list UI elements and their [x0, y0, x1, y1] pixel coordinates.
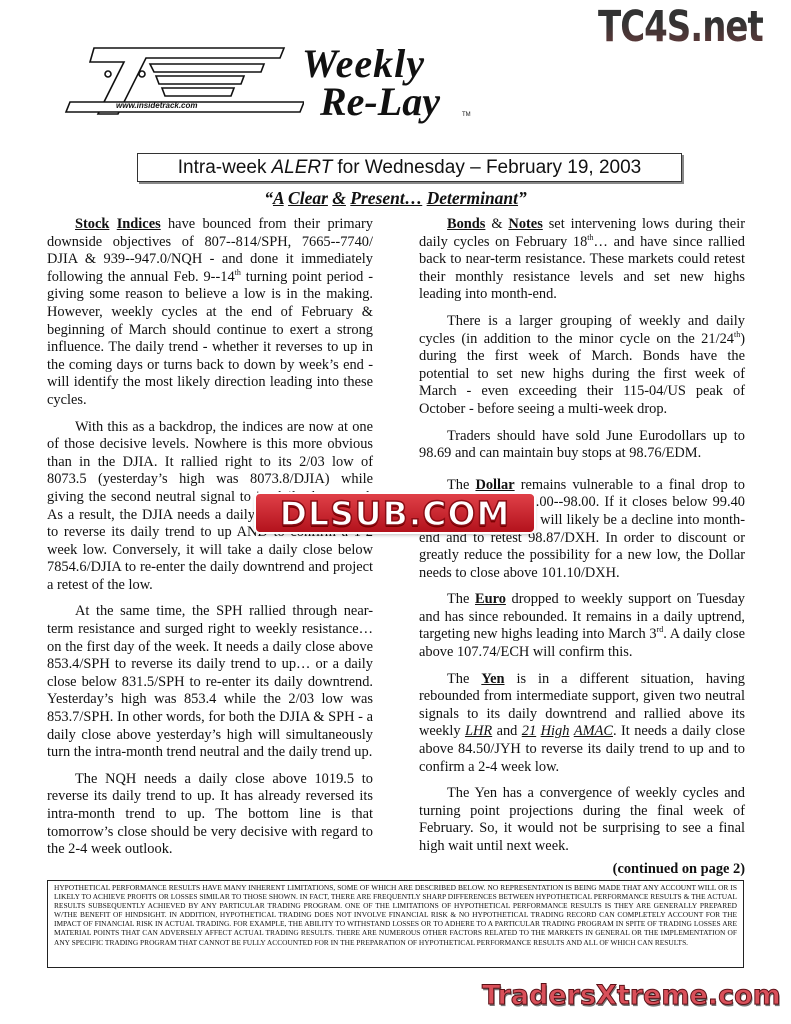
keyword-euro: Euro [475, 591, 506, 607]
alert-date: for Wednesday – February 19, 2003 [337, 157, 641, 179]
logo-url: www.insidetrack.com [116, 101, 198, 110]
euro-paragraph: The Euro dropped to weekly support on Tu… [419, 591, 745, 661]
masthead-logo: www.insidetrack.com Weekly Re-Lay TM [64, 44, 484, 122]
dlsub-watermark: DLSUB.COM [256, 494, 534, 532]
trademark: TM [462, 112, 471, 118]
cycles-paragraph: There is a larger grouping of weekly and… [419, 313, 745, 419]
headline-word: Determinant [427, 188, 518, 208]
keyword-dollar: Dollar [475, 477, 514, 493]
headline: “A Clear & Present… Determinant” [0, 188, 791, 209]
tradersxtreme-watermark: TradersXtreme.com [482, 980, 781, 1011]
keyword-stock: Stock [75, 216, 109, 232]
yen-convergence-paragraph: The Yen has a convergence of weekly cycl… [419, 785, 745, 855]
keyword-notes: Notes [508, 216, 542, 232]
headline-word: A [273, 188, 284, 208]
nqh-paragraph: The NQH needs a daily close above 1019.5… [47, 771, 373, 859]
stock-indices-paragraph: Stock Indices have bounced from their pr… [47, 216, 373, 410]
disclaimer-box: Hypothetical performance results have ma… [47, 880, 744, 968]
headline-word: Clear [288, 188, 328, 208]
close-quote: ” [518, 188, 527, 208]
yen-paragraph: The Yen is in a different situation, hav… [419, 671, 745, 777]
bonds-paragraph: Bonds & Notes set intervening lows durin… [419, 216, 745, 304]
open-quote: “ [264, 188, 273, 208]
alert-word: ALERT [271, 157, 332, 179]
keyword-yen: Yen [481, 671, 504, 687]
itc-logo-icon [64, 44, 304, 122]
right-column: Bonds & Notes set intervening lows durin… [419, 216, 745, 887]
headline-word: Present… [350, 188, 422, 208]
continued-note: (continued on page 2) [419, 861, 745, 879]
title-relay: Re-Lay [320, 78, 440, 125]
left-column: Stock Indices have bounced from their pr… [47, 216, 373, 868]
keyword-bonds: Bonds [447, 216, 485, 232]
alert-banner: Intra-week ALERT for Wednesday – Februar… [137, 153, 682, 182]
eurodollars-paragraph: Traders should have sold June Eurodollar… [419, 428, 745, 463]
alert-prefix: Intra-week [178, 157, 267, 179]
headline-word: & [332, 188, 346, 208]
tc4s-watermark: TC4S.net [598, 2, 763, 52]
sph-paragraph: At the same time, the SPH rallied throug… [47, 603, 373, 761]
keyword-indices: Indices [117, 216, 161, 232]
